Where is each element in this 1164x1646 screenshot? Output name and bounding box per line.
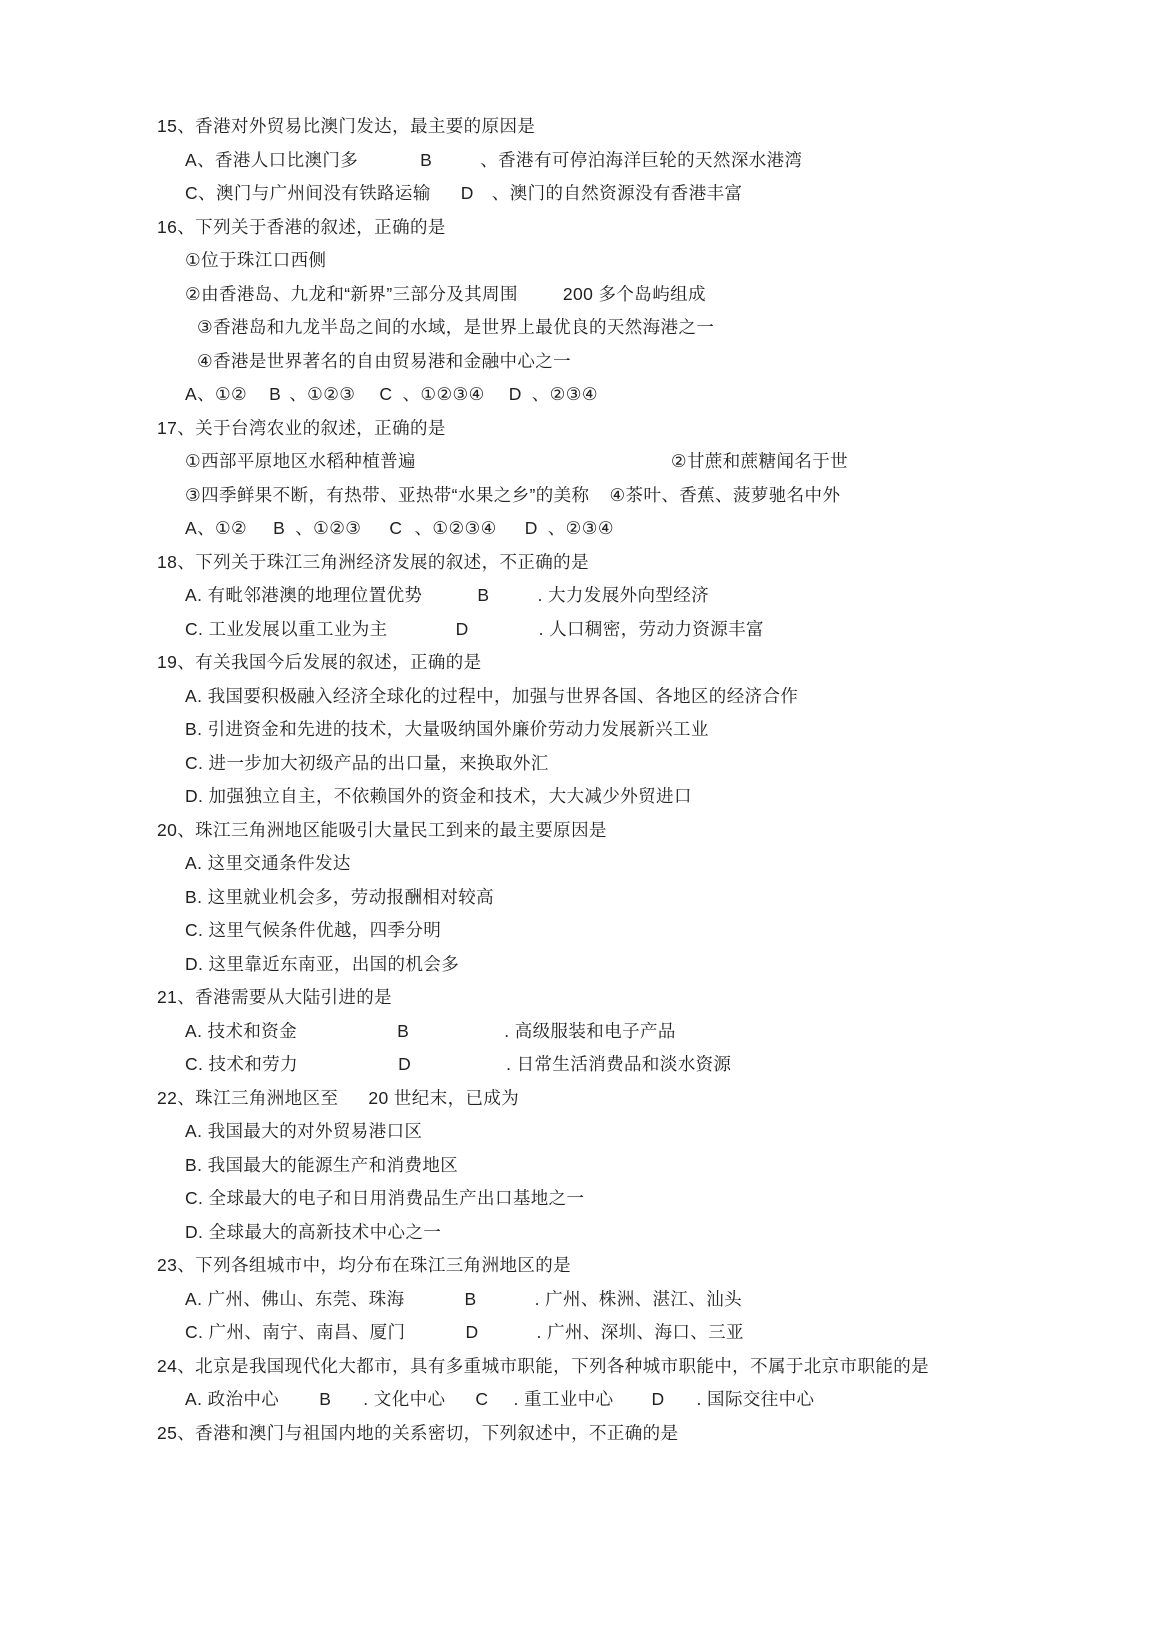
text-segment: . 日常生活消费品和淡水资源 (506, 1048, 731, 1082)
document-lines: 15、香港对外贸易比澳门发达，最主要的原因是A、香港人口比澳门多B、香港有可停泊… (0, 110, 1164, 1450)
text-segment: C. 广州、南宁、南昌、厦门 (185, 1316, 405, 1350)
text-segment: . 国际交往中心 (697, 1383, 815, 1417)
option-line: C. 技术和劳力D. 日常生活消费品和淡水资源 (0, 1048, 1164, 1082)
text-segment: D. 全球最大的高新技术中心之一 (185, 1216, 441, 1250)
text-segment: B (477, 579, 489, 613)
option-line: B. 引进资金和先进的技术，大量吸纳国外廉价劳动力发展新兴工业 (0, 713, 1164, 747)
text-segment: ④茶叶、香蕉、菠萝驰名中外 (609, 479, 840, 513)
option-line: ④香港是世界著名的自由贸易港和金融中心之一 (0, 345, 1164, 379)
text-segment: B (420, 144, 432, 178)
option-line: ①西部平原地区水稻种植普遍②甘蔗和蔗糖闻名于世 (0, 445, 1164, 479)
text-segment: D. 这里靠近东南亚，出国的机会多 (185, 948, 459, 982)
text-segment: 、澳门的自然资源没有香港丰富 (492, 177, 743, 211)
text-segment: D (509, 378, 522, 412)
text-segment: C (389, 512, 402, 546)
option-line: A、①②B、①②③C、①②③④D、②③④ (0, 378, 1164, 412)
text-segment: 、香港有可停泊海洋巨轮的天然深水港湾 (480, 144, 802, 178)
text-segment: C. 技术和劳力 (185, 1048, 298, 1082)
text-segment: . 重工业中心 (513, 1383, 613, 1417)
text-segment: 、①②③④ (402, 378, 484, 412)
option-line: A、香港人口比澳门多B、香港有可停泊海洋巨轮的天然深水港湾 (0, 144, 1164, 178)
question-line: 15、香港对外贸易比澳门发达，最主要的原因是 (0, 110, 1164, 144)
text-segment: 200 多个岛屿组成 (563, 278, 706, 312)
question-line: 22、珠江三角洲地区至20 世纪末，已成为 (0, 1082, 1164, 1116)
option-line: D. 全球最大的高新技术中心之一 (0, 1216, 1164, 1250)
text-segment: . 广州、深圳、海口、三亚 (537, 1316, 744, 1350)
text-segment: C. 工业发展以重工业为主 (185, 613, 388, 647)
option-line: C. 全球最大的电子和日用消费品生产出口基地之一 (0, 1182, 1164, 1216)
text-segment: B (273, 512, 285, 546)
text-segment: A. 技术和资金 (185, 1015, 297, 1049)
option-line: B. 我国最大的能源生产和消费地区 (0, 1149, 1164, 1183)
text-segment: ②甘蔗和蔗糖闻名于世 (671, 445, 848, 479)
option-line: C. 进一步加大初级产品的出口量，来换取外汇 (0, 747, 1164, 781)
text-segment: D (456, 613, 469, 647)
text-segment: A、香港人口比澳门多 (185, 144, 358, 178)
option-line: A、①②B、①②③C、①②③④D、②③④ (0, 512, 1164, 546)
text-segment: D (651, 1383, 664, 1417)
text-segment: . 广州、株洲、湛江、汕头 (535, 1283, 742, 1317)
text-segment: C、澳门与广州间没有铁路运输 (185, 177, 431, 211)
text-segment: 17、关于台湾农业的叙述，正确的是 (157, 412, 446, 446)
option-line: A. 我国最大的对外贸易港口区 (0, 1115, 1164, 1149)
option-line: A. 政治中心B. 文化中心C. 重工业中心D. 国际交往中心 (0, 1383, 1164, 1417)
text-segment: B. 引进资金和先进的技术，大量吸纳国外廉价劳动力发展新兴工业 (185, 713, 709, 747)
text-segment: 16、下列关于香港的叙述，正确的是 (157, 211, 446, 245)
text-segment: 、②③④ (532, 378, 598, 412)
text-segment: A. 我国最大的对外贸易港口区 (185, 1115, 422, 1149)
text-segment: 20 世纪末，已成为 (368, 1082, 519, 1116)
text-segment: ③四季鲜果不断，有热带、亚热带“水果之乡”的美称 (185, 479, 589, 513)
option-line: D. 加强独立自主，不依赖国外的资金和技术，大大减少外贸进口 (0, 780, 1164, 814)
question-line: 20、珠江三角洲地区能吸引大量民工到来的最主要原因是 (0, 814, 1164, 848)
option-line: C. 这里气候条件优越，四季分明 (0, 914, 1164, 948)
text-segment: 、①②③④ (414, 512, 496, 546)
text-segment: C (379, 378, 392, 412)
text-segment: C. 进一步加大初级产品的出口量，来换取外汇 (185, 747, 549, 781)
text-segment: 18、下列关于珠江三角洲经济发展的叙述，不正确的是 (157, 546, 589, 580)
document-page: 15、香港对外贸易比澳门发达，最主要的原因是A、香港人口比澳门多B、香港有可停泊… (0, 0, 1164, 1646)
text-segment: D. 加强独立自主，不依赖国外的资金和技术，大大减少外贸进口 (185, 780, 692, 814)
option-line: A. 技术和资金B. 高级服装和电子产品 (0, 1015, 1164, 1049)
text-segment: C. 这里气候条件优越，四季分明 (185, 914, 441, 948)
text-segment: B (397, 1015, 409, 1049)
text-segment: B (319, 1383, 331, 1417)
question-line: 18、下列关于珠江三角洲经济发展的叙述，不正确的是 (0, 546, 1164, 580)
text-segment: C (475, 1383, 488, 1417)
text-segment: A、①② (185, 512, 247, 546)
question-line: 23、下列各组城市中，均分布在珠江三角洲地区的是 (0, 1249, 1164, 1283)
text-segment: 15、香港对外贸易比澳门发达，最主要的原因是 (157, 110, 535, 144)
text-segment: D (465, 1316, 478, 1350)
text-segment: A. 我国要积极融入经济全球化的过程中，加强与世界各国、各地区的经济合作 (185, 680, 798, 714)
option-line: A. 有毗邻港澳的地理位置优势B. 大力发展外向型经济 (0, 579, 1164, 613)
text-segment: ④香港是世界著名的自由贸易港和金融中心之一 (197, 345, 571, 379)
text-segment: 20、珠江三角洲地区能吸引大量民工到来的最主要原因是 (157, 814, 607, 848)
text-segment: B. 我国最大的能源生产和消费地区 (185, 1149, 458, 1183)
text-segment: . 高级服装和电子产品 (504, 1015, 676, 1049)
text-segment: 、①②③ (289, 378, 355, 412)
option-line: ①位于珠江口西侧 (0, 244, 1164, 278)
question-line: 21、香港需要从大陆引进的是 (0, 981, 1164, 1015)
question-line: 24、北京是我国现代化大都市，具有多重城市职能，下列各种城市职能中，不属于北京市… (0, 1350, 1164, 1384)
option-line: B. 这里就业机会多，劳动报酬相对较高 (0, 881, 1164, 915)
text-segment: D (525, 512, 538, 546)
text-segment: 、①②③ (295, 512, 361, 546)
text-segment: B (465, 1283, 477, 1317)
text-segment: A. 广州、佛山、东莞、珠海 (185, 1283, 405, 1317)
text-segment: . 大力发展外向型经济 (537, 579, 709, 613)
text-segment: D (398, 1048, 411, 1082)
text-segment: B. 这里就业机会多，劳动报酬相对较高 (185, 881, 494, 915)
question-line: 19、有关我国今后发展的叙述，正确的是 (0, 646, 1164, 680)
option-line: D. 这里靠近东南亚，出国的机会多 (0, 948, 1164, 982)
option-line: C. 工业发展以重工业为主D. 人口稠密，劳动力资源丰富 (0, 613, 1164, 647)
text-segment: B (269, 378, 281, 412)
text-segment: . 人口稠密，劳动力资源丰富 (539, 613, 764, 647)
text-segment: A. 有毗邻港澳的地理位置优势 (185, 579, 422, 613)
text-segment: 25、香港和澳门与祖国内地的关系密切，下列叙述中，不正确的是 (157, 1417, 678, 1451)
question-line: 25、香港和澳门与祖国内地的关系密切，下列叙述中，不正确的是 (0, 1417, 1164, 1451)
text-segment: C. 全球最大的电子和日用消费品生产出口基地之一 (185, 1182, 584, 1216)
option-line: C、澳门与广州间没有铁路运输D、澳门的自然资源没有香港丰富 (0, 177, 1164, 211)
option-line: ②由香港岛、九龙和“新界”三部分及其周围200 多个岛屿组成 (0, 278, 1164, 312)
text-segment: ②由香港岛、九龙和“新界”三部分及其周围 (185, 278, 518, 312)
text-segment: 22、珠江三角洲地区至 (157, 1082, 338, 1116)
option-line: A. 我国要积极融入经济全球化的过程中，加强与世界各国、各地区的经济合作 (0, 680, 1164, 714)
option-line: ③四季鲜果不断，有热带、亚热带“水果之乡”的美称④茶叶、香蕉、菠萝驰名中外 (0, 479, 1164, 513)
text-segment: A、①② (185, 378, 247, 412)
text-segment: A. 政治中心 (185, 1383, 279, 1417)
text-segment: 23、下列各组城市中，均分布在珠江三角洲地区的是 (157, 1249, 571, 1283)
option-line: A. 这里交通条件发达 (0, 847, 1164, 881)
text-segment: 24、北京是我国现代化大都市，具有多重城市职能，下列各种城市职能中，不属于北京市… (157, 1350, 929, 1384)
text-segment: . 文化中心 (363, 1383, 445, 1417)
question-line: 16、下列关于香港的叙述，正确的是 (0, 211, 1164, 245)
option-line: C. 广州、南宁、南昌、厦门D. 广州、深圳、海口、三亚 (0, 1316, 1164, 1350)
question-line: 17、关于台湾农业的叙述，正确的是 (0, 412, 1164, 446)
text-segment: ①西部平原地区水稻种植普遍 (185, 445, 416, 479)
option-line: ③香港岛和九龙半岛之间的水域，是世界上最优良的天然海港之一 (0, 311, 1164, 345)
text-segment: 、②③④ (548, 512, 614, 546)
text-segment: A. 这里交通条件发达 (185, 847, 351, 881)
text-segment: 19、有关我国今后发展的叙述，正确的是 (157, 646, 482, 680)
option-line: A. 广州、佛山、东莞、珠海B. 广州、株洲、湛江、汕头 (0, 1283, 1164, 1317)
text-segment: ①位于珠江口西侧 (185, 244, 326, 278)
text-segment: ③香港岛和九龙半岛之间的水域，是世界上最优良的天然海港之一 (197, 311, 714, 345)
text-segment: 21、香港需要从大陆引进的是 (157, 981, 392, 1015)
text-segment: D (461, 177, 474, 211)
